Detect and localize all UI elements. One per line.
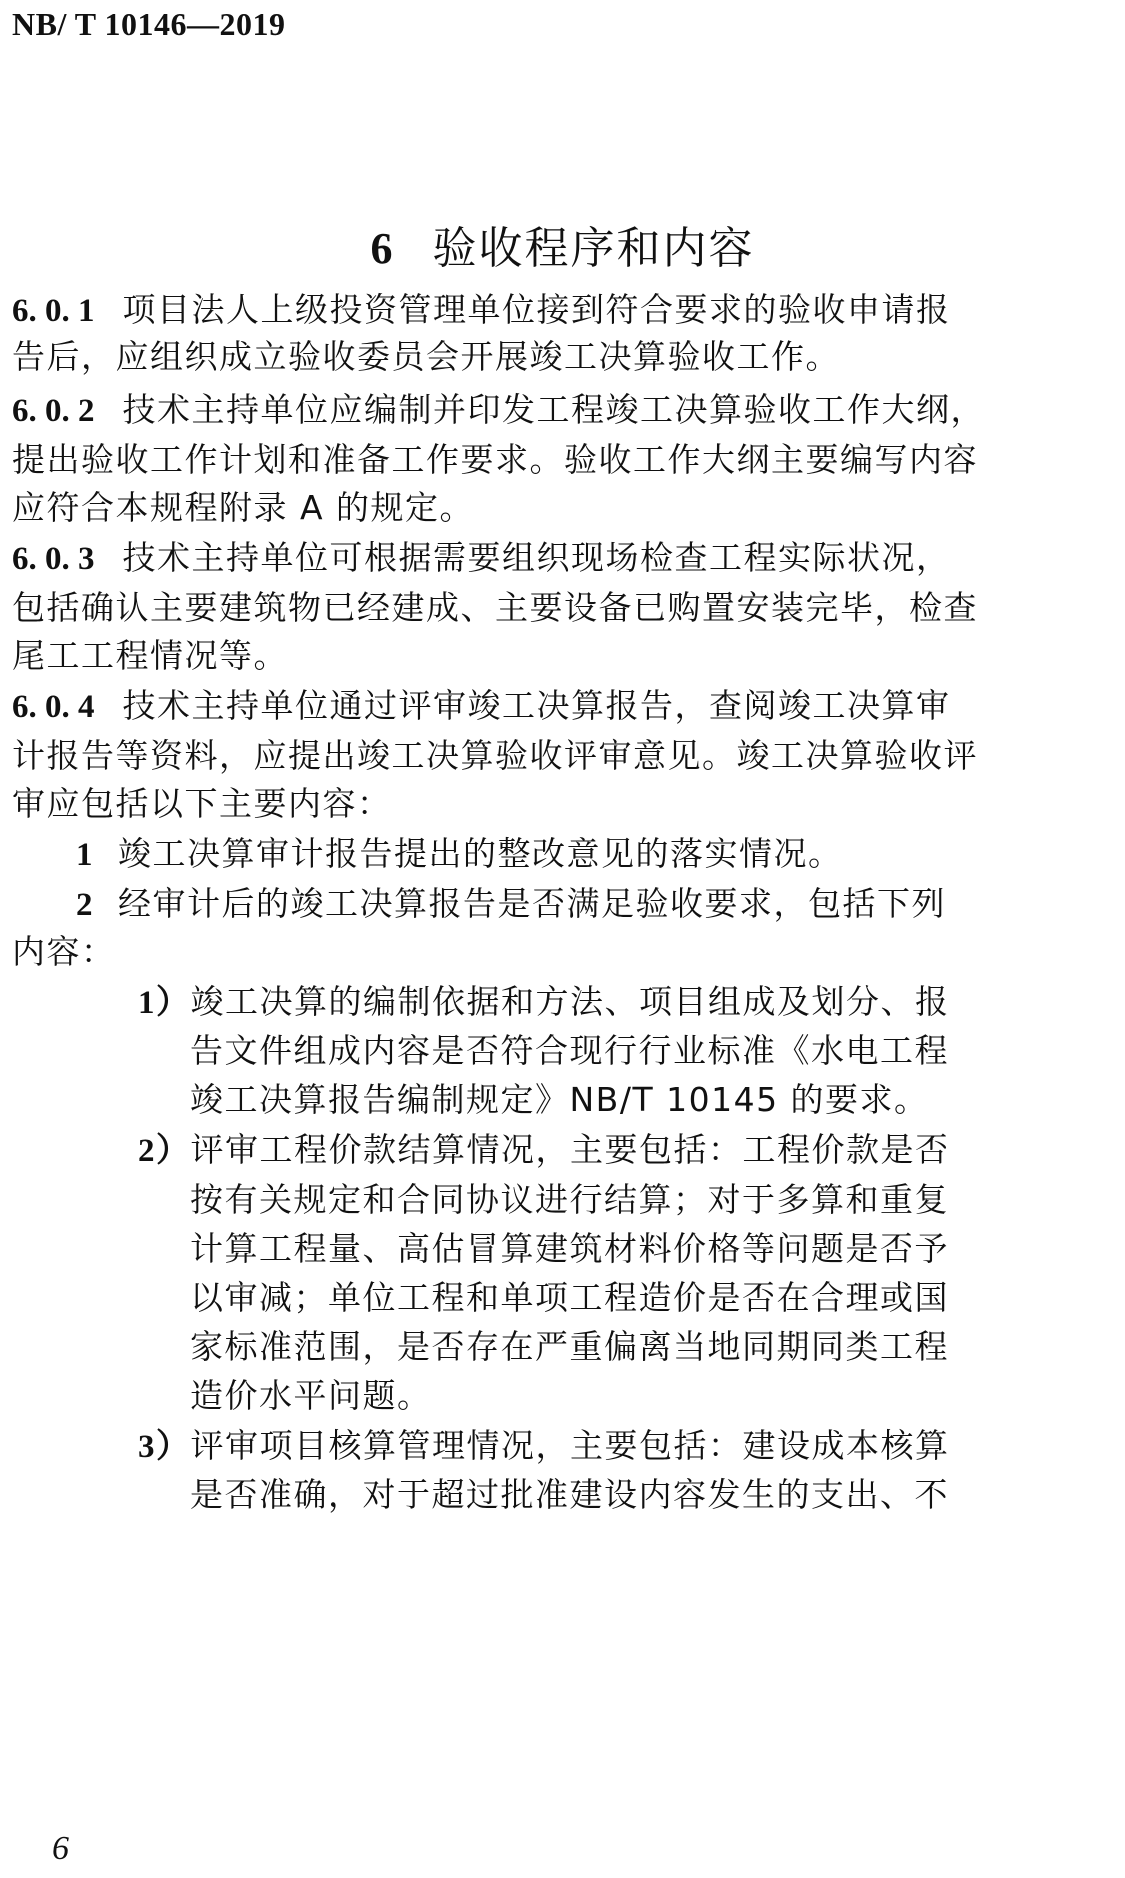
subitem-1-line-1: 1）竣工决算的编制依据和方法、项目组成及划分、报 xyxy=(138,982,950,1023)
clause-number: 6. 0. 3 xyxy=(12,541,95,577)
item-number: 2 xyxy=(76,887,94,923)
clause-6-0-3-line-2: 包括确认主要建筑物已经建成、主要设备已购置安装完毕，检查 xyxy=(12,588,978,628)
clause-text: 技术主持单位可根据需要组织现场检查工程实际状况， xyxy=(123,538,951,577)
subitem-number: 2） xyxy=(138,1133,191,1169)
clause-6-0-1-line-1: 6. 0. 1项目法人上级投资管理单位接到符合要求的验收申请报 xyxy=(12,290,951,331)
clause-6-0-3-line-1: 6. 0. 3技术主持单位可根据需要组织现场检查工程实际状况， xyxy=(12,538,951,579)
clause-6-0-4-line-1: 6. 0. 4技术主持单位通过评审竣工决算报告，查阅竣工决算审 xyxy=(12,686,951,727)
subitem-2-line-5: 家标准范围，是否存在严重偏离当地同期同类工程 xyxy=(190,1327,949,1367)
subitem-3-line-1: 3）评审项目核算管理情况，主要包括：建设成本核算 xyxy=(138,1426,950,1467)
clause-6-0-2-line-2: 提出验收工作计划和准备工作要求。验收工作大纲主要编写内容 xyxy=(12,440,978,480)
subitem-number: 3） xyxy=(138,1429,191,1465)
clause-number: 6. 0. 2 xyxy=(12,393,95,429)
subitem-1-line-2: 告文件组成内容是否符合现行行业标准《水电工程 xyxy=(190,1031,949,1071)
clause-6-0-4-line-2: 计报告等资料，应提出竣工决算验收评审意见。竣工决算验收评 xyxy=(12,736,978,776)
subitem-2-line-4: 以审减；单位工程和单项工程造价是否在合理或国 xyxy=(190,1278,949,1318)
chapter-number: 6 xyxy=(371,224,395,273)
subitem-2-line-2: 按有关规定和合同协议进行结算；对于多算和重复 xyxy=(190,1180,949,1220)
item-text: 竣工决算审计报告提出的整改意见的落实情况。 xyxy=(118,834,843,873)
clause-6-0-3-line-3: 尾工工程情况等。 xyxy=(12,636,288,676)
standard-code-header: NB/ T 10146—2019 xyxy=(12,6,286,43)
item-2-line-2: 内容： xyxy=(12,932,116,972)
subitem-text: 竣工决算的编制依据和方法、项目组成及划分、报 xyxy=(191,982,950,1021)
subitem-3-line-2: 是否准确，对于超过批准建设内容发生的支出、不 xyxy=(190,1475,949,1515)
item-1-line-1: 1竣工决算审计报告提出的整改意见的落实情况。 xyxy=(76,834,843,875)
item-number: 1 xyxy=(76,837,94,873)
page-number: 6 xyxy=(52,1830,69,1868)
subitem-text: 评审工程价款结算情况，主要包括：工程价款是否 xyxy=(191,1130,950,1169)
clause-6-0-2-line-1: 6. 0. 2技术主持单位应编制并印发工程竣工决算验收工作大纲， xyxy=(12,390,985,431)
subitem-2-line-6: 造价水平问题。 xyxy=(190,1376,432,1416)
subitem-text: 评审项目核算管理情况，主要包括：建设成本核算 xyxy=(191,1426,950,1465)
clause-6-0-2-line-3: 应符合本规程附录 A 的规定。 xyxy=(12,488,474,528)
clause-6-0-4-line-3: 审应包括以下主要内容： xyxy=(12,784,392,824)
item-2-line-1: 2经审计后的竣工决算报告是否满足验收要求，包括下列 xyxy=(76,884,946,925)
item-text: 经审计后的竣工决算报告是否满足验收要求，包括下列 xyxy=(118,884,946,923)
chapter-title: 6验收程序和内容 xyxy=(0,212,1125,276)
clause-6-0-1-line-2: 告后，应组织成立验收委员会开展竣工决算验收工作。 xyxy=(12,337,840,377)
clause-text: 技术主持单位通过评审竣工决算报告，查阅竣工决算审 xyxy=(123,686,951,725)
chapter-title-text: 验收程序和内容 xyxy=(433,223,755,274)
clause-text: 技术主持单位应编制并印发工程竣工决算验收工作大纲， xyxy=(123,390,986,429)
clause-text: 项目法人上级投资管理单位接到符合要求的验收申请报 xyxy=(123,290,951,329)
clause-number: 6. 0. 1 xyxy=(12,293,95,329)
subitem-2-line-1: 2）评审工程价款结算情况，主要包括：工程价款是否 xyxy=(138,1130,950,1171)
subitem-2-line-3: 计算工程量、高估冒算建筑材料价格等问题是否予 xyxy=(190,1229,949,1269)
clause-number: 6. 0. 4 xyxy=(12,689,95,725)
subitem-1-line-3: 竣工决算报告编制规定》NB/T 10145 的要求。 xyxy=(190,1080,929,1120)
subitem-number: 1） xyxy=(138,985,191,1021)
